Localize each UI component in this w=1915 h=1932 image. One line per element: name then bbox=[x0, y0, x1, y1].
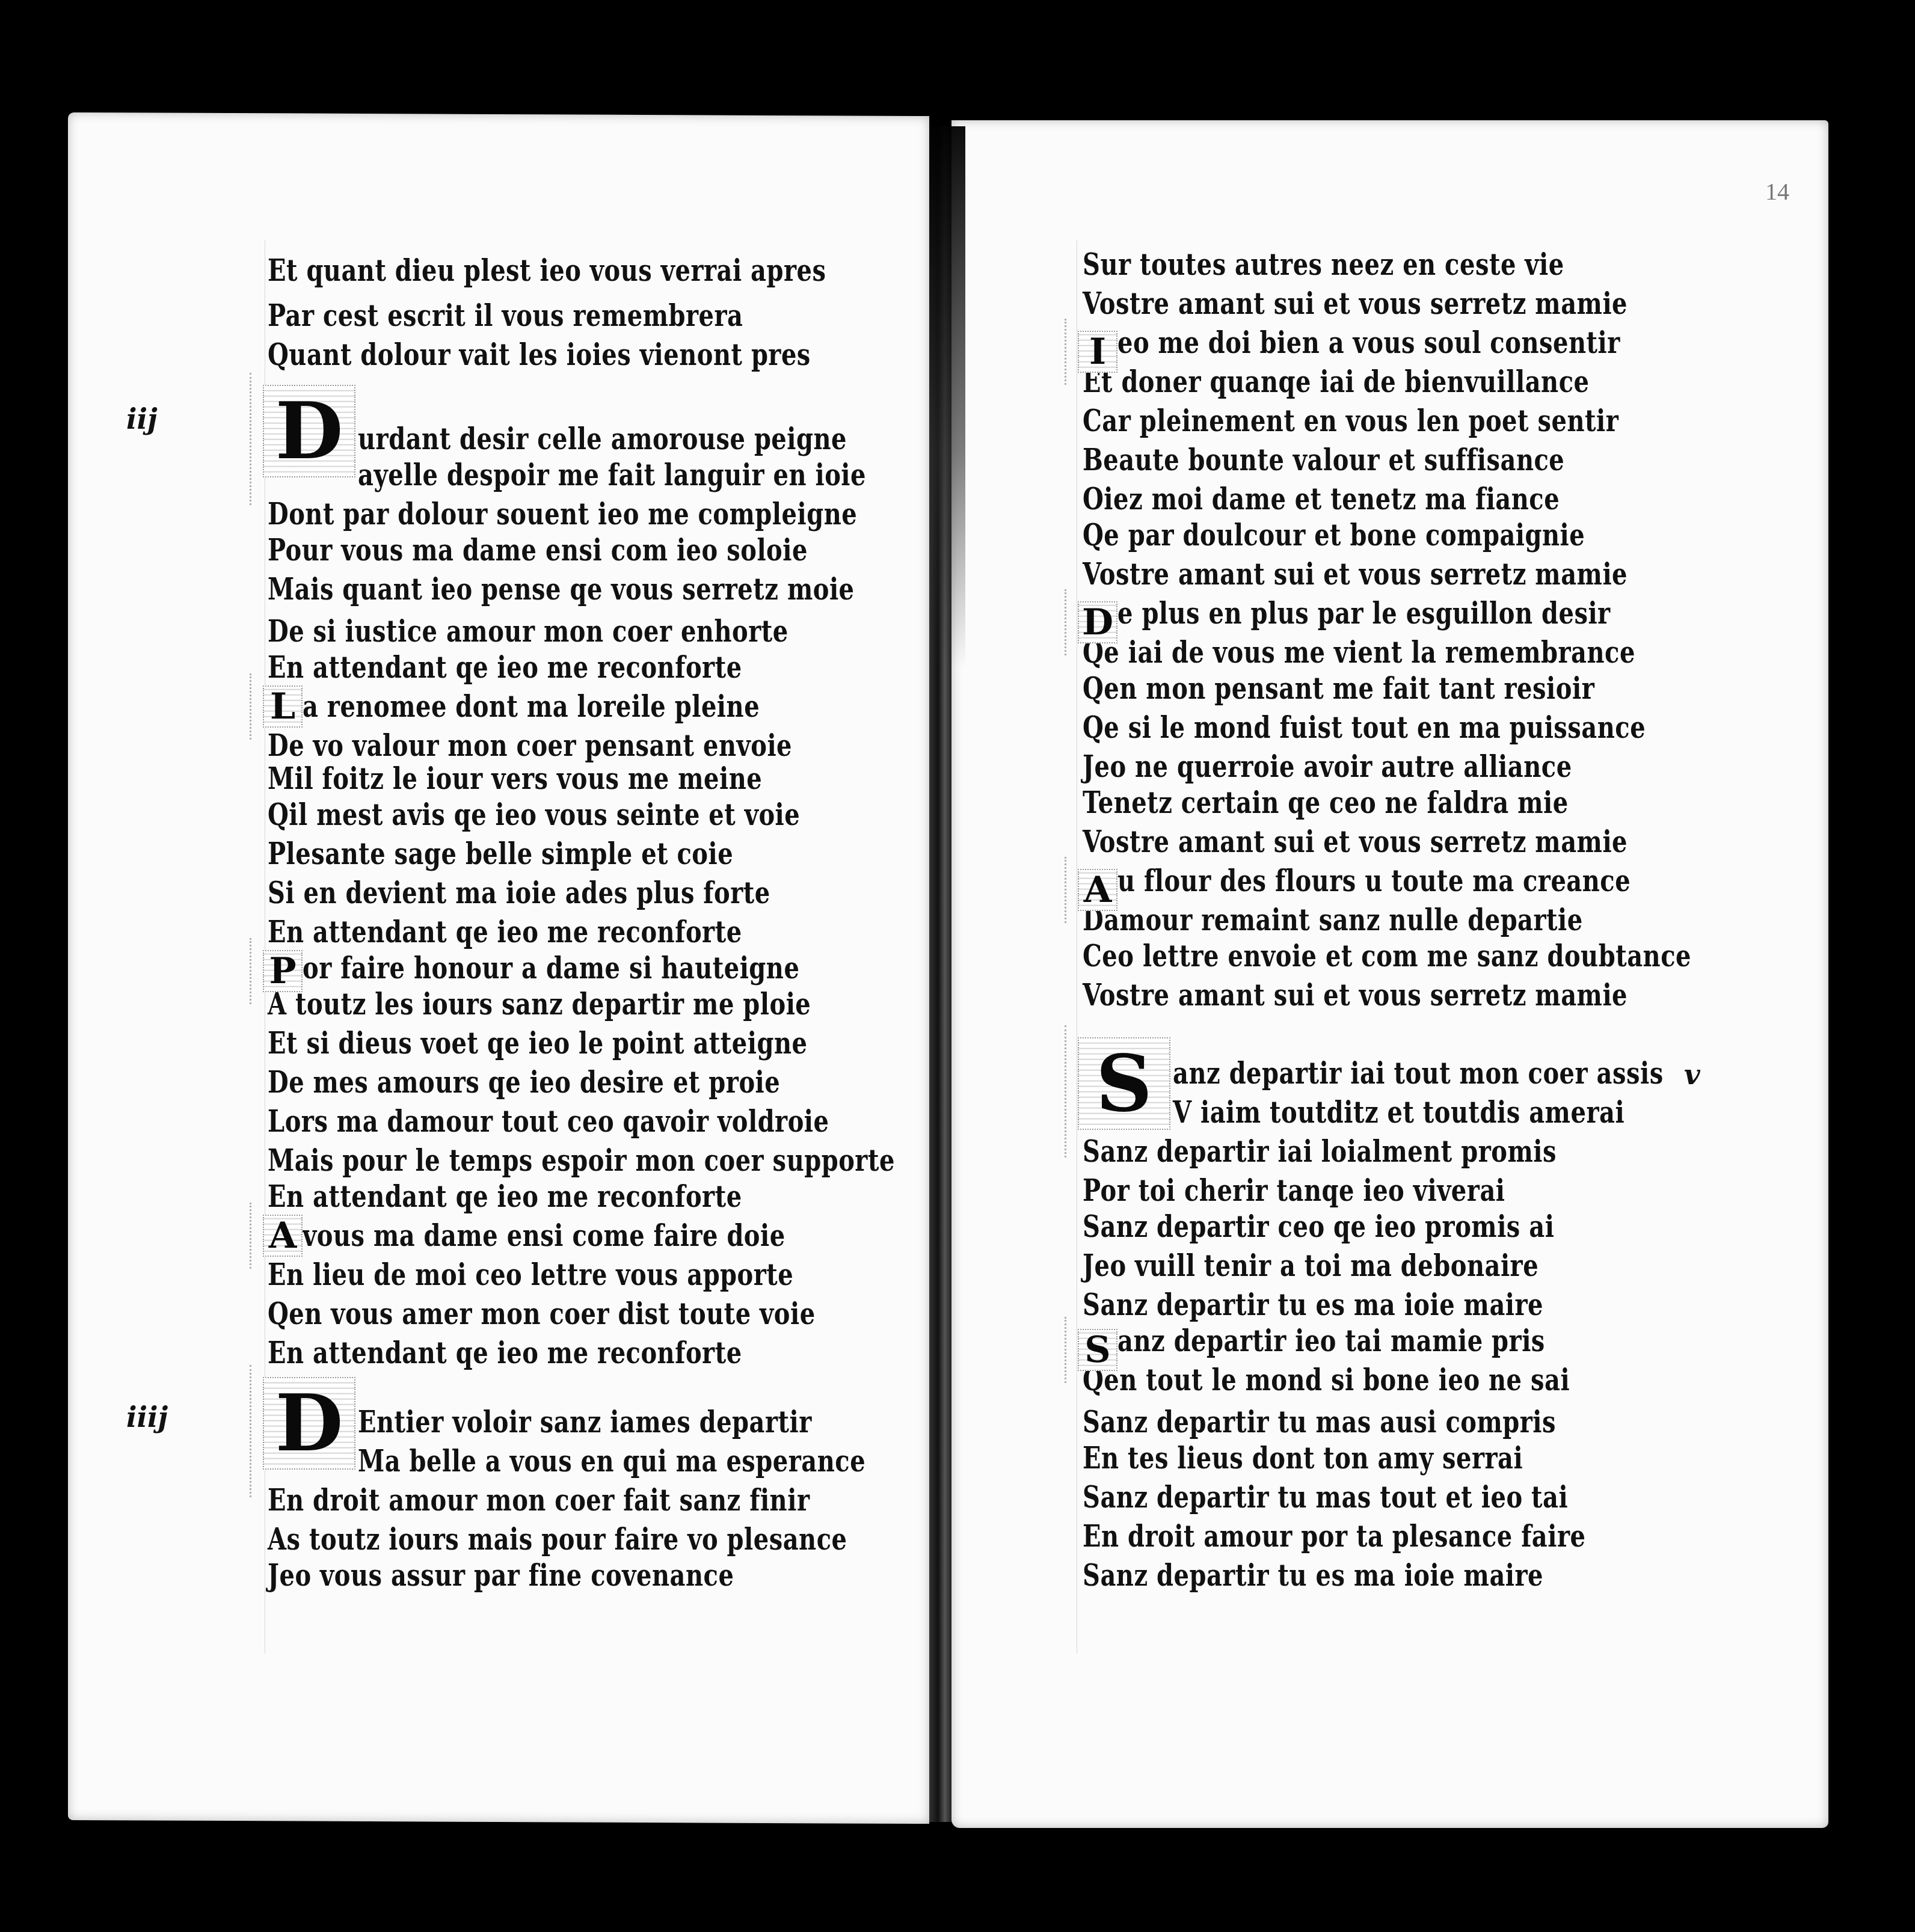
verse-line: Tenetz certain qe ceo ne faldra mie bbox=[1083, 785, 1569, 821]
verse-line: En attendant qe ieo me reconforte bbox=[268, 1179, 742, 1215]
verse-line: Sanz departir iai loialment promis bbox=[1083, 1134, 1557, 1170]
verse-line: anz departir ieo tai mamie pris bbox=[1117, 1323, 1545, 1359]
verse-line: Sanz departir ceo qe ieo promis ai bbox=[1083, 1209, 1554, 1245]
verse-line: Damour remaint sanz nulle departie bbox=[1083, 903, 1583, 938]
verse-line: anz departir iai tout mon coer assis bbox=[1173, 1056, 1664, 1091]
pen-flourish bbox=[1065, 1317, 1075, 1383]
verse-line: or faire honour a dame si hauteigne bbox=[303, 951, 799, 986]
verse-line: Plesante sage belle simple et coie bbox=[268, 836, 733, 872]
verse-line: Sanz departir tu mas tout et ieo tai bbox=[1083, 1480, 1568, 1515]
verse-line: En attendant qe ieo me reconforte bbox=[268, 1336, 742, 1371]
verse-line: Mil foitz le iour vers vous me meine bbox=[268, 761, 762, 797]
verse-line: vous ma dame ensi come faire doie bbox=[303, 1218, 785, 1254]
verse-line: Jeo ne querroie avoir autre alliance bbox=[1083, 749, 1572, 785]
pen-flourish bbox=[250, 673, 260, 740]
pen-flourish bbox=[1065, 589, 1075, 655]
verse-line: Et quant dieu plest ieo vous verrai apre… bbox=[268, 253, 826, 289]
marginal-numeral: iij bbox=[126, 403, 158, 435]
verse-line: Qe par doulcour et bone compaignie bbox=[1083, 518, 1585, 553]
verse-line: Vostre amant sui et vous serretz mamie bbox=[1083, 978, 1628, 1013]
verse-line: De vo valour mon coer pensant envoie bbox=[268, 728, 792, 764]
verse-line: En droit amour por ta plesance faire bbox=[1083, 1519, 1586, 1554]
verse-line: Et si dieus voet qe ieo le point atteign… bbox=[268, 1026, 807, 1061]
verse-line: En attendant qe ieo me reconforte bbox=[268, 915, 742, 950]
verse-line: Jeo vous assur par fine covenance bbox=[268, 1558, 734, 1593]
verse-line: Ceo lettre envoie et com me sanz doubtan… bbox=[1083, 939, 1691, 974]
decorated-initial: S bbox=[1078, 1329, 1117, 1371]
verse-line: En attendant qe ieo me reconforte bbox=[268, 650, 742, 685]
verse-line: Lors ma damour tout ceo qavoir voldroie bbox=[268, 1104, 829, 1139]
pen-flourish bbox=[1065, 1025, 1075, 1158]
pen-flourish bbox=[250, 373, 260, 505]
verse-line: As toutz iours mais pour faire vo plesan… bbox=[268, 1522, 847, 1557]
marginal-numeral: v bbox=[1684, 1058, 1700, 1091]
verse-line: Qe iai de vous me vient la remembrance bbox=[1083, 635, 1635, 670]
verse-line: Qil mest avis qe ieo vous seinte et voie bbox=[268, 797, 800, 833]
pen-flourish bbox=[1065, 319, 1075, 385]
verse-line: Par cest escrit il vous remembrera bbox=[268, 298, 743, 334]
verse-line: eo me doi bien a vous soul consentir bbox=[1117, 325, 1620, 361]
verse-line: Qen mon pensant me fait tant resioir bbox=[1083, 671, 1594, 707]
verse-line: Et doner quanqe iai de bienvuillance bbox=[1083, 364, 1589, 400]
decorated-initial: D bbox=[1078, 601, 1117, 643]
verse-line: Qe si le mond fuist tout en ma puissance bbox=[1083, 710, 1646, 746]
decorated-initial: L bbox=[263, 685, 303, 728]
pen-flourish bbox=[1065, 857, 1075, 923]
verse-line: urdant desir celle amorouse peigne bbox=[358, 422, 847, 457]
verse-line: Vostre amant sui et vous serretz mamie bbox=[1083, 557, 1628, 592]
verse-line: Sanz departir tu es ma ioie maire bbox=[1083, 1287, 1543, 1323]
verse-line: De si iustice amour mon coer enhorte bbox=[268, 614, 788, 649]
verse-line: Quant dolour vait les ioies vienont pres bbox=[268, 337, 811, 373]
verse-line: Sur toutes autres neez en ceste vie bbox=[1083, 247, 1564, 283]
verse-line: Si en devient ma ioie ades plus forte bbox=[268, 876, 770, 911]
verse-line: Mais quant ieo pense qe vous serretz moi… bbox=[268, 572, 855, 607]
decorated-initial: D bbox=[263, 1377, 355, 1470]
verse-line: Qen tout le mond si bone ieo ne sai bbox=[1083, 1363, 1570, 1398]
gutter-shadow bbox=[929, 126, 965, 667]
folio-number: 14 bbox=[1765, 177, 1789, 206]
decorated-initial: P bbox=[263, 950, 303, 992]
decorated-initial: I bbox=[1078, 331, 1117, 373]
marginal-numeral: iiij bbox=[126, 1401, 168, 1434]
verse-line: Jeo vuill tenir a toi ma debonaire bbox=[1083, 1248, 1538, 1284]
verse-line: Beaute bounte valour et suffisance bbox=[1083, 443, 1564, 478]
verse-line: e plus en plus par le esguillon desir bbox=[1117, 596, 1611, 631]
right-ruling-line bbox=[1077, 241, 1077, 1654]
verse-line: De mes amours qe ieo desire et proie bbox=[268, 1065, 780, 1100]
decorated-initial: A bbox=[1078, 869, 1117, 911]
pen-flourish bbox=[250, 938, 260, 1004]
verse-line: Car pleinement en vous len poet sentir bbox=[1083, 403, 1618, 439]
verse-line: Qen vous amer mon coer dist toute voie bbox=[268, 1296, 816, 1332]
verse-line: Vostre amant sui et vous serretz mamie bbox=[1083, 824, 1628, 860]
decorated-initial: S bbox=[1078, 1037, 1170, 1130]
verse-line: En lieu de moi ceo lettre vous apporte bbox=[268, 1257, 793, 1293]
decorated-initial: A bbox=[263, 1215, 303, 1257]
verse-line: Mais pour le temps espoir mon coer suppo… bbox=[268, 1143, 895, 1179]
verse-line: Vostre amant sui et vous serretz mamie bbox=[1083, 286, 1628, 322]
verse-line: u flour des flours u toute ma creance bbox=[1117, 863, 1631, 899]
verse-line: En droit amour mon coer fait sanz finir bbox=[268, 1483, 810, 1518]
verse-line: Dont par dolour souent ieo me compleigne bbox=[268, 497, 857, 532]
verse-line: Pour vous ma dame ensi com ieo soloie bbox=[268, 533, 808, 568]
pen-flourish bbox=[250, 1203, 260, 1269]
verse-line: Sanz departir tu es ma ioie maire bbox=[1083, 1558, 1543, 1593]
verse-line: Ma belle a vous en qui ma esperance bbox=[358, 1444, 865, 1479]
verse-line: V iaim toutditz et toutdis amerai bbox=[1173, 1095, 1625, 1130]
verse-line: a renomee dont ma loreile pleine bbox=[303, 689, 760, 725]
verse-line: A toutz les iours sanz departir me ploie bbox=[268, 987, 811, 1022]
verse-line: Oiez moi dame et tenetz ma fiance bbox=[1083, 482, 1560, 517]
decorated-initial: D bbox=[263, 385, 355, 477]
verse-line: Por toi cherir tanqe ieo viverai bbox=[1083, 1173, 1505, 1209]
verse-line: Sanz departir tu mas ausi compris bbox=[1083, 1405, 1556, 1440]
verse-line: ayelle despoir me fait languir en ioie bbox=[358, 458, 866, 493]
verse-line: En tes lieus dont ton amy serrai bbox=[1083, 1441, 1523, 1476]
pen-flourish bbox=[250, 1365, 260, 1497]
verse-line: Entier voloir sanz iames departir bbox=[358, 1405, 812, 1440]
